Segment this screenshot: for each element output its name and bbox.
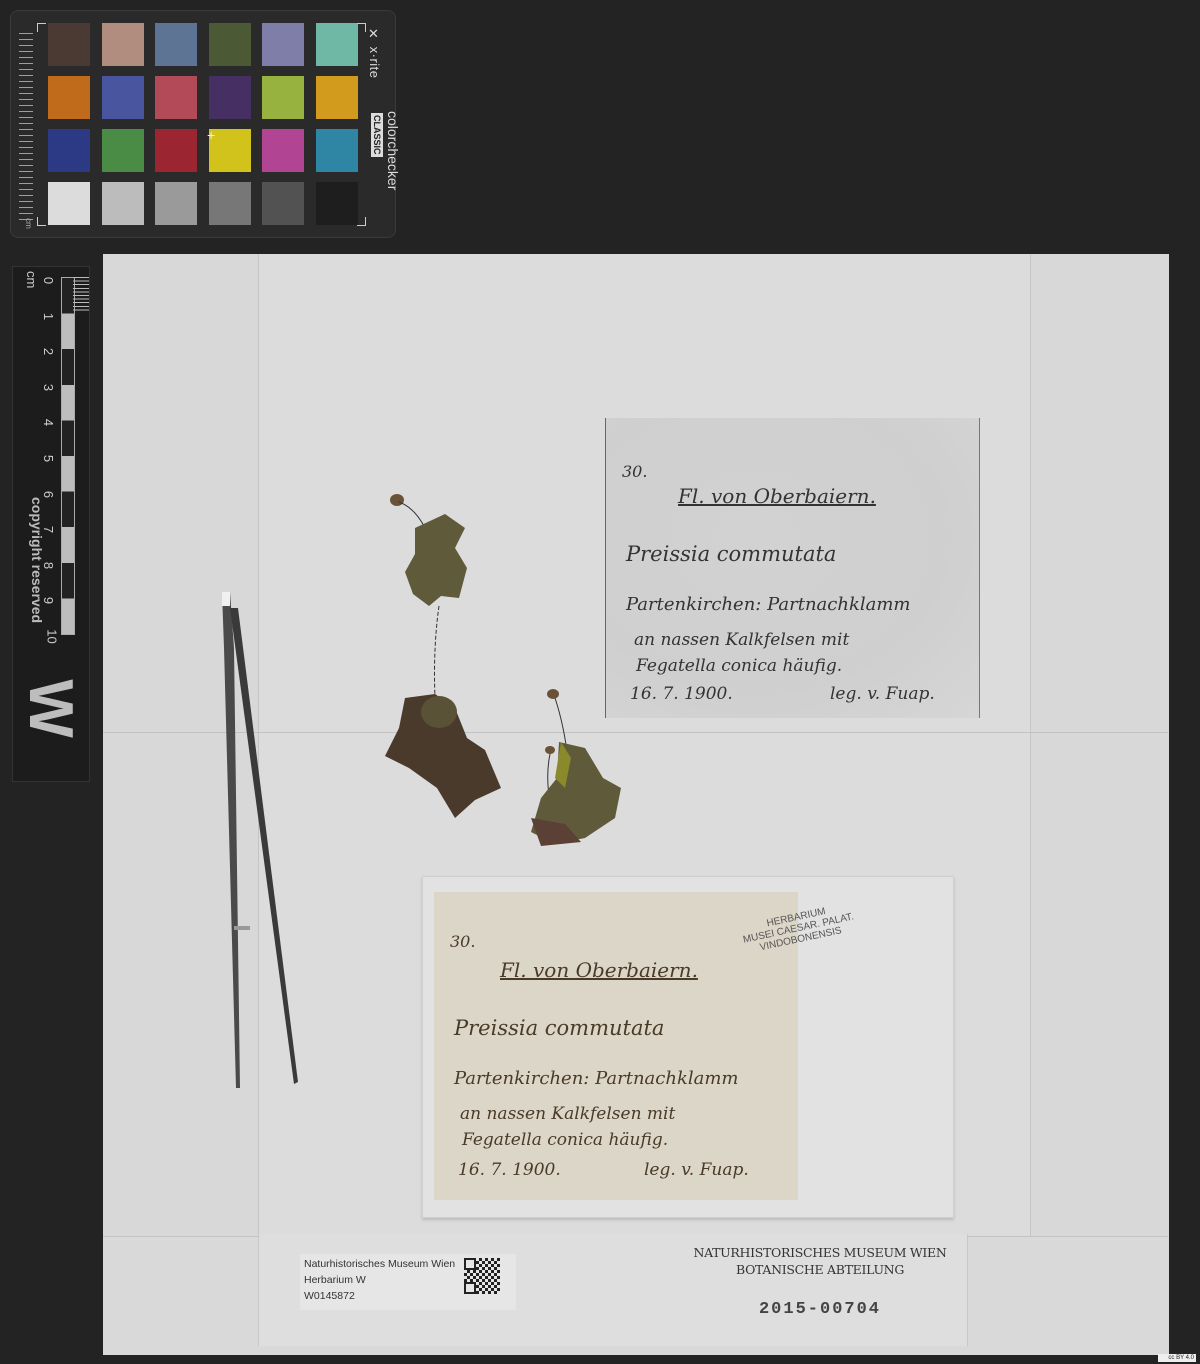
color-checker-card: cm + ✕ x·rite colorchecker CLASSIC	[10, 10, 396, 238]
label-number: 30.	[450, 932, 475, 951]
color-patch	[102, 129, 144, 172]
scale-tick-label: 2	[41, 348, 56, 355]
corner-mark-icon	[357, 23, 366, 32]
scale-tick-label: 10	[45, 629, 60, 643]
corner-mark-icon	[37, 23, 46, 32]
color-patch	[102, 182, 144, 225]
photocopy-label: 30. Fl. von Oberbaiern. Preissia commuta…	[605, 418, 980, 718]
xrite-star-icon: ✕	[367, 27, 382, 47]
color-patch	[262, 182, 304, 225]
corner-mark-icon	[357, 217, 366, 226]
sheet-right-flap	[1030, 254, 1169, 1354]
specimen-preissia-commutata	[355, 488, 635, 848]
label-collector: leg. v. Fuap.	[644, 1160, 749, 1180]
color-patch	[102, 23, 144, 66]
label-species: Preissia commutata	[454, 1016, 664, 1040]
barcode-herbarium: Herbarium W	[304, 1274, 366, 1286]
color-patch	[316, 76, 358, 119]
scale-unit-label: cm	[24, 271, 39, 288]
label-locality-1: Partenkirchen: Partnachklamm	[626, 594, 911, 615]
color-patch	[209, 182, 251, 225]
color-patch	[48, 129, 90, 172]
scale-tick-label: 1	[41, 312, 56, 319]
color-patch	[48, 76, 90, 119]
color-patch	[155, 23, 197, 66]
label-title: Fl. von Oberbaiern.	[500, 958, 698, 982]
tweezers-icon	[216, 588, 316, 1088]
label-species: Preissia commutata	[626, 542, 836, 566]
color-patch	[209, 23, 251, 66]
color-patch	[155, 129, 197, 172]
checker-ruler-unit: cm	[24, 218, 33, 229]
color-patch	[155, 76, 197, 119]
label-locality-2: an nassen Kalkfelsen mit	[634, 630, 849, 650]
color-patch	[209, 76, 251, 119]
label-number: 30.	[622, 462, 647, 481]
label-date: 16. 7. 1900.	[458, 1160, 561, 1180]
label-locality-2: an nassen Kalkfelsen mit	[460, 1104, 675, 1124]
scale-tick-label: 4	[41, 419, 56, 426]
xrite-logo: ✕ x·rite	[367, 27, 382, 79]
museum-name: NATURHISTORISCHES MUSEUM WIEN	[660, 1244, 980, 1261]
w-herbarium-logo: W	[15, 679, 86, 738]
label-locality-1: Partenkirchen: Partnachklamm	[454, 1068, 739, 1089]
label-title: Fl. von Oberbaiern.	[678, 484, 876, 508]
checker-mm-ruler	[19, 33, 33, 223]
cc-license-badge: cc BY 4.0	[1158, 1354, 1196, 1362]
color-patch	[316, 129, 358, 172]
color-patch	[316, 23, 358, 66]
edition-badge: CLASSIC	[371, 113, 383, 157]
product-name: colorchecker	[385, 111, 401, 190]
xrite-brand-text: x·rite	[367, 47, 382, 79]
color-patch	[102, 76, 144, 119]
crosshair-icon: +	[207, 127, 215, 143]
barcode-catalog-number: W0145872	[304, 1290, 355, 1302]
scale-bar: cm 012345678910 copyright reserved W	[12, 266, 90, 782]
scale-tick-label: 0	[41, 277, 56, 284]
color-patch	[262, 129, 304, 172]
scale-tick-label: 3	[41, 384, 56, 391]
corner-mark-icon	[37, 217, 46, 226]
label-locality-3: Fegatella conica häufig.	[462, 1130, 668, 1150]
museum-department: BOTANISCHE ABTEILUNG	[660, 1261, 980, 1278]
colorchecker-wordmark: colorchecker CLASSIC	[369, 111, 401, 237]
label-collector: leg. v. Fuap.	[830, 684, 935, 704]
color-patch	[262, 23, 304, 66]
color-patch	[48, 182, 90, 225]
color-patch	[155, 182, 197, 225]
copyright-text: copyright reserved	[29, 497, 45, 623]
scale-tick-label: 5	[41, 455, 56, 462]
label-locality-3: Fegatella conica häufig.	[636, 656, 842, 676]
scale-bar-stripes	[61, 277, 75, 635]
barcode-institution: Naturhistorisches Museum Wien	[304, 1258, 455, 1270]
accession-number: 2015-00704	[660, 1300, 980, 1319]
scale-bar-mm-ticks	[73, 277, 89, 313]
color-patch	[316, 182, 358, 225]
qr-code-icon	[464, 1258, 500, 1294]
label-date: 16. 7. 1900.	[630, 684, 733, 704]
museum-stamp: NATURHISTORISCHES MUSEUM WIEN BOTANISCHE…	[660, 1244, 980, 1278]
color-patch	[262, 76, 304, 119]
color-patch	[48, 23, 90, 66]
